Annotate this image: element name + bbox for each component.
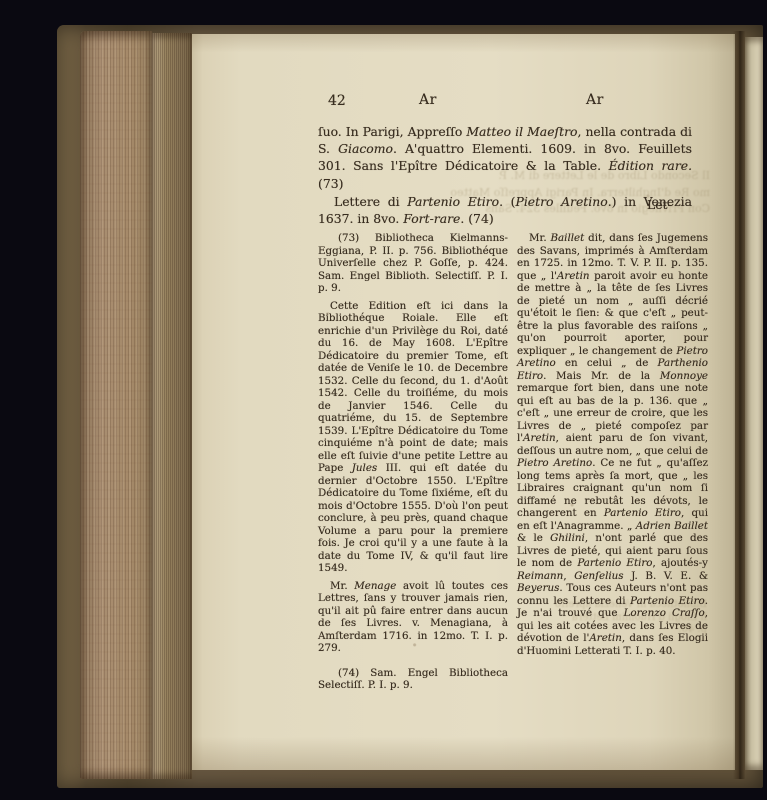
running-title-right: Ar [586, 92, 604, 108]
note-edition-details: Cette Edition eſt ici dans la Bibliothéq… [318, 300, 508, 575]
entry-parigi-1609: ſuo. In Parigi, Appreſſo Matteo il Maeſt… [318, 123, 692, 192]
fore-edge-page-stack [80, 31, 152, 779]
facing-page-edge [745, 37, 763, 770]
page-number: 42 [328, 93, 346, 109]
note-menage: Mr. Menage avoit lû toutes ces Lettres, … [318, 580, 508, 655]
gutter-shadow [733, 31, 745, 779]
footnote-73: (73) Bibliotheca Kielmanns-Eggiana, P. I… [318, 232, 508, 295]
fore-edge-inner-stack [152, 33, 192, 779]
running-title-left: Ar [419, 92, 437, 108]
footnote-column-right: Mr. Baillet dit, dans ſes Jugemens des S… [517, 232, 708, 662]
main-text-block: ſuo. In Parigi, Appreſſo Matteo il Maeſt… [318, 123, 692, 227]
entry-lettere-partenio: Lettere di Partenio Etiro. (Pietro Areti… [318, 193, 692, 227]
note-baillet: Mr. Baillet dit, dans ſes Jugemens des S… [517, 232, 708, 657]
footnote-column-left: (73) Bibliotheca Kielmanns-Eggiana, P. I… [318, 232, 508, 697]
catchword: Let- [647, 197, 672, 212]
book-scan: { "page_header": { "page_number": "42", … [0, 0, 767, 800]
footnote-74: (74) Sam. Engel Bibliotheca Selectiſſ. P… [318, 667, 508, 692]
